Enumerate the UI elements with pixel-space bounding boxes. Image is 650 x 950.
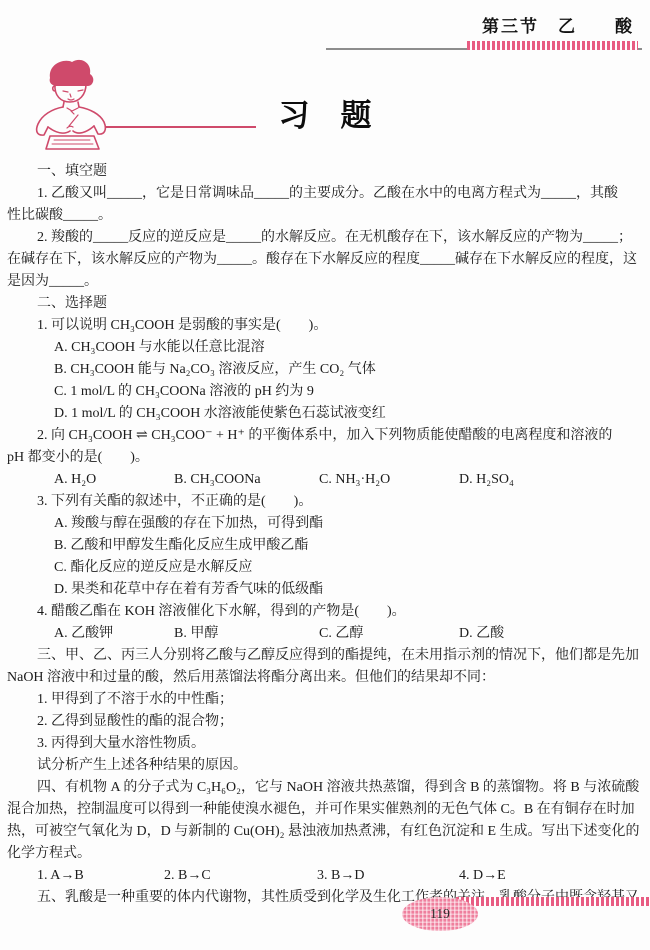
fill-in-q2-line3: 是因为_____。 bbox=[7, 271, 645, 293]
footer-accent-bar bbox=[456, 897, 650, 906]
choice-q2-stem-line2: pH 都变小的是( )。 bbox=[7, 447, 645, 469]
choice-q2-option-c: C. NH₃·H₂O bbox=[319, 469, 459, 491]
choice-q2-option-b: B. CH₃COONa bbox=[174, 469, 319, 491]
choice-q3-option-b: B. 乙酸和甲醇发生酯化反应生成甲酸乙酯 bbox=[7, 535, 645, 557]
choice-q2-option-d: D. H₂SO₄ bbox=[459, 469, 514, 491]
choice-q3-option-d: D. 果类和花草中存在着有芳香气味的低级酯 bbox=[7, 579, 645, 601]
page-number-badge: 119 bbox=[402, 897, 478, 931]
textbook-page: { "header": { "section_title": "第三节 乙 酸"… bbox=[0, 0, 650, 950]
choice-q4-options: A. 乙酸钾 B. 甲醇 C. 乙醇 D. 乙酸 bbox=[7, 623, 645, 645]
choice-q1-option-a: A. CH₃COOH 与水能以任意比混溶 bbox=[7, 337, 645, 359]
choice-q4-stem: 4. 醋酸乙酯在 KOH 溶液催化下水解，得到的产物是( )。 bbox=[7, 601, 645, 623]
choice-q4-option-c: C. 乙醇 bbox=[319, 623, 459, 645]
page-number: 119 bbox=[430, 906, 450, 922]
exercises-title: 习 题 bbox=[0, 90, 650, 135]
choice-q3-stem: 3. 下列有关酯的叙述中，不正确的是( )。 bbox=[7, 491, 645, 513]
fill-in-q2-line1: 2. 羧酸的_____反应的逆反应是_____的水解反应。在无机酸存在下，该水解… bbox=[7, 227, 645, 249]
chapter-title: 第三节 乙 酸 bbox=[482, 12, 634, 37]
section3-question: 试分析产生上述各种结果的原因。 bbox=[7, 755, 645, 777]
choice-q2-option-a: A. H₂O bbox=[54, 469, 174, 491]
section3-line1: 三、甲、乙、丙三人分别将乙酸与乙醇反应得到的酯提纯，在未用指示剂的情况下，他们都… bbox=[7, 645, 645, 667]
equation-b-to-d: 3. B→D bbox=[317, 865, 459, 887]
section4-equations: 1. A→B 2. B→C 3. B→D 4. D→E bbox=[7, 865, 645, 887]
choice-q2-options: A. H₂O B. CH₃COONa C. NH₃·H₂O D. H₂SO₄ bbox=[7, 469, 645, 491]
section4-line2: 混合加热，控制温度可以得到一种能使溴水褪色，并可作果实催熟剂的无色气体 C。B … bbox=[7, 799, 645, 821]
section4-line3: 热，可被空气氧化为 D，D 与新制的 Cu(OH)₂ 悬浊液加热煮沸，有红色沉淀… bbox=[7, 821, 645, 843]
choice-q3-option-a: A. 羧酸与醇在强酸的存在下加热，可得到酯 bbox=[7, 513, 645, 535]
choice-q4-option-d: D. 乙酸 bbox=[459, 623, 504, 645]
section3-item3: 3. 丙得到大量水溶性物质。 bbox=[7, 733, 645, 755]
choice-q1-option-d: D. 1 mol/L 的 CH₃COOH 水溶液能使紫色石蕊试液变红 bbox=[7, 403, 645, 425]
fill-in-heading: 一、填空题 bbox=[7, 161, 645, 183]
choice-q1-option-c: C. 1 mol/L 的 CH₃COONa 溶液的 pH 约为 9 bbox=[7, 381, 645, 403]
section3-item1: 1. 甲得到了不溶于水的中性酯； bbox=[7, 689, 645, 711]
page-body: 一、填空题 1. 乙酸又叫_____，它是日常调味品_____的主要成分。乙酸在… bbox=[7, 161, 645, 909]
header-accent-bar bbox=[467, 41, 638, 50]
choice-q4-option-a: A. 乙酸钾 bbox=[54, 623, 174, 645]
section4-line1: 四、有机物 A 的分子式为 C₃H₆O₂，它与 NaOH 溶液共热蒸馏，得到含 … bbox=[7, 777, 645, 799]
choice-q4-option-b: B. 甲醇 bbox=[174, 623, 319, 645]
section3-line2: NaOH 溶液中和过量的酸，然后用蒸馏法将酯分离出来。但他们的结果却不同： bbox=[7, 667, 645, 689]
choice-q3-option-c: C. 酯化反应的逆反应是水解反应 bbox=[7, 557, 645, 579]
fill-in-q2-line2: 在碱存在下，该水解反应的产物为_____。酸存在下水解反应的程度_____碱存在… bbox=[7, 249, 645, 271]
equation-a-to-b: 1. A→B bbox=[37, 865, 164, 887]
choice-q1-option-b: B. CH₃COOH 能与 Na₂CO₃ 溶液反应，产生 CO₂ 气体 bbox=[7, 359, 645, 381]
equation-d-to-e: 4. D→E bbox=[459, 865, 506, 887]
choice-heading: 二、选择题 bbox=[7, 293, 645, 315]
equation-b-to-c: 2. B→C bbox=[164, 865, 317, 887]
fill-in-q1-line1: 1. 乙酸又叫_____，它是日常调味品_____的主要成分。乙酸在水中的电离方… bbox=[7, 183, 645, 205]
choice-q2-stem-line1: 2. 向 CH₃COOH ⇌ CH₃COO⁻ + H⁺ 的平衡体系中，加入下列物… bbox=[7, 425, 645, 447]
fill-in-q1-line2: 性比碳酸_____。 bbox=[7, 205, 645, 227]
choice-q1-stem: 1. 可以说明 CH₃COOH 是弱酸的事实是( )。 bbox=[7, 315, 645, 337]
section4-line4: 化学方程式。 bbox=[7, 843, 645, 865]
section3-item2: 2. 乙得到显酸性的酯的混合物； bbox=[7, 711, 645, 733]
